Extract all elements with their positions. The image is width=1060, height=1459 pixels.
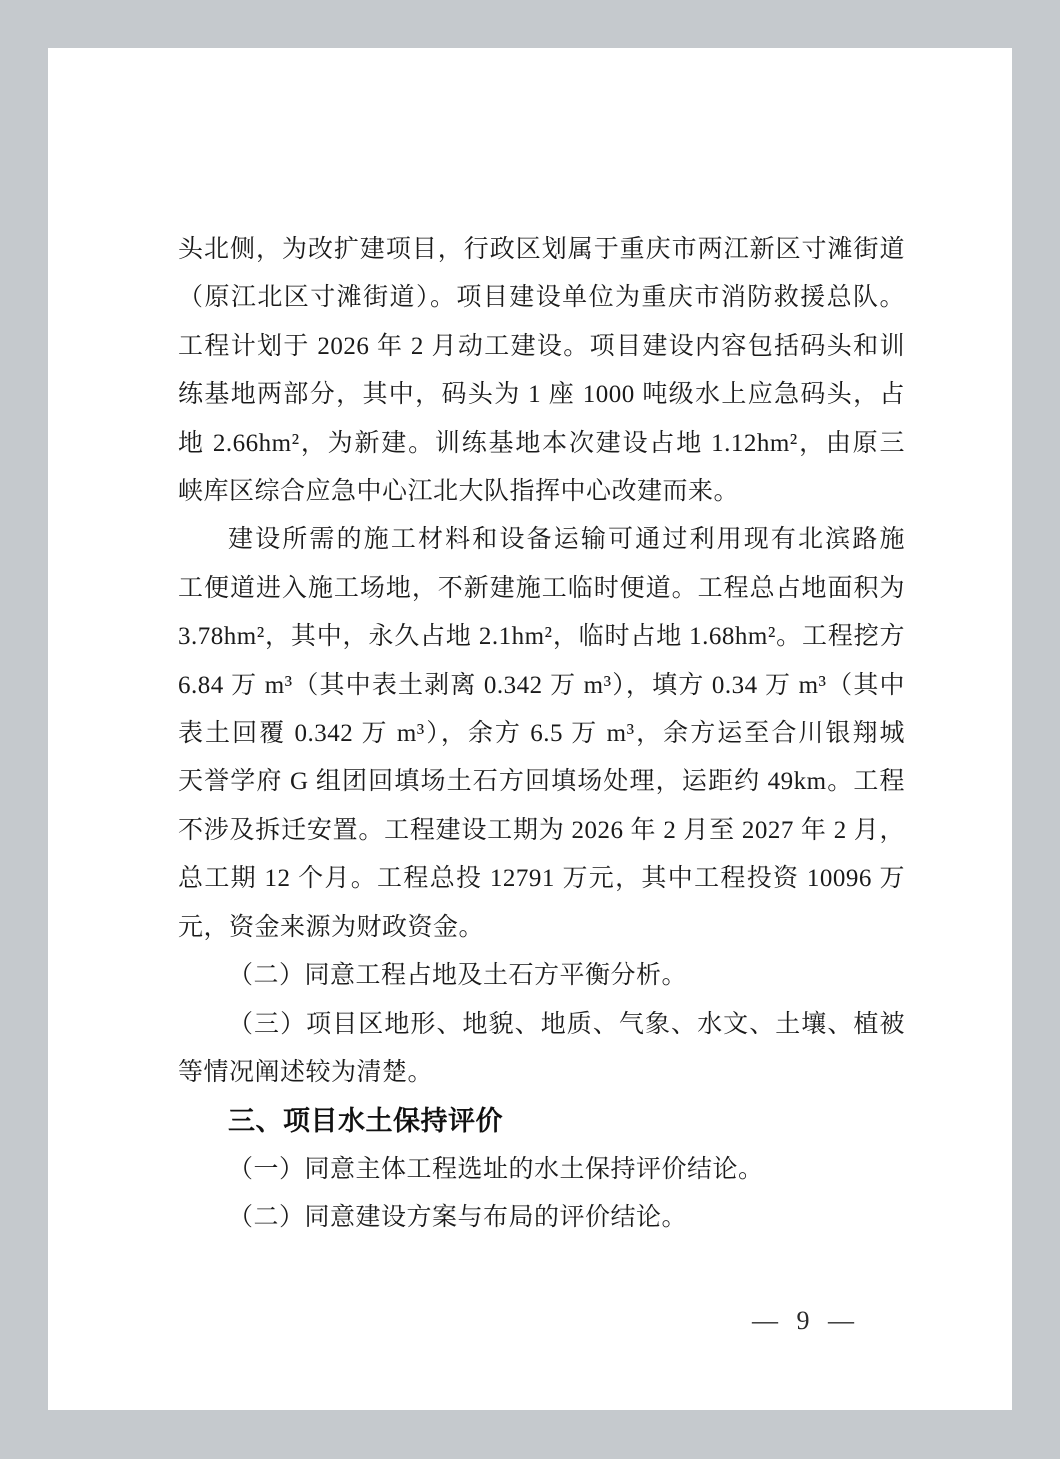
text-line: 6.84 万 m³（其中表土剥离 0.342 万 m³），填方 0.34 万 m…: [178, 662, 905, 710]
text-line: 3.78hm²，其中，永久占地 2.1hm²，临时占地 1.68hm²。工程挖方: [178, 613, 905, 661]
text-line: 表土回覆 0.342 万 m³），余方 6.5 万 m³，余方运至合川银翔城: [178, 710, 905, 758]
text-line: 工程计划于 2026 年 2 月动工建设。项目建设内容包括码头和训: [178, 323, 905, 371]
text-line: （二）同意建设方案与布局的评价结论。: [178, 1194, 905, 1242]
document-viewer-background: 头北侧，为改扩建项目，行政区划属于重庆市两江新区寸滩街道 （原江北区寸滩街道）。…: [0, 0, 1060, 1459]
section-heading: 三、项目水土保持评价: [178, 1097, 905, 1145]
text-line: （一）同意主体工程选址的水土保持评价结论。: [178, 1146, 905, 1194]
text-line: 天誉学府 G 组团回填场土石方回填场处理，运距约 49km。工程: [178, 758, 905, 806]
text-line: 头北侧，为改扩建项目，行政区划属于重庆市两江新区寸滩街道: [178, 226, 905, 274]
text-line: （原江北区寸滩街道）。项目建设单位为重庆市消防救援总队。: [178, 274, 905, 322]
text-line: 工便道进入施工场地，不新建施工临时便道。工程总占地面积为: [178, 565, 905, 613]
document-page: 头北侧，为改扩建项目，行政区划属于重庆市两江新区寸滩街道 （原江北区寸滩街道）。…: [48, 48, 1012, 1410]
text-line: 不涉及拆迁安置。工程建设工期为 2026 年 2 月至 2027 年 2 月，: [178, 807, 905, 855]
text-line: 地 2.66hm²，为新建。训练基地本次建设占地 1.12hm²，由原三: [178, 420, 905, 468]
text-line: 等情况阐述较为清楚。: [178, 1049, 905, 1097]
text-line: 元，资金来源为财政资金。: [178, 904, 905, 952]
text-line: 峡库区综合应急中心江北大队指挥中心改建而来。: [178, 468, 905, 516]
page-number: — 9 —: [752, 1306, 855, 1336]
text-line: 总工期 12 个月。工程总投 12791 万元，其中工程投资 10096 万: [178, 855, 905, 903]
text-line: 练基地两部分，其中，码头为 1 座 1000 吨级水上应急码头，占: [178, 371, 905, 419]
document-text: 头北侧，为改扩建项目，行政区划属于重庆市两江新区寸滩街道 （原江北区寸滩街道）。…: [178, 226, 905, 1243]
text-line: （三）项目区地形、地貌、地质、气象、水文、土壤、植被: [178, 1001, 905, 1049]
text-line: 建设所需的施工材料和设备运输可通过利用现有北滨路施: [178, 516, 905, 564]
text-line: （二）同意工程占地及土石方平衡分析。: [178, 952, 905, 1000]
